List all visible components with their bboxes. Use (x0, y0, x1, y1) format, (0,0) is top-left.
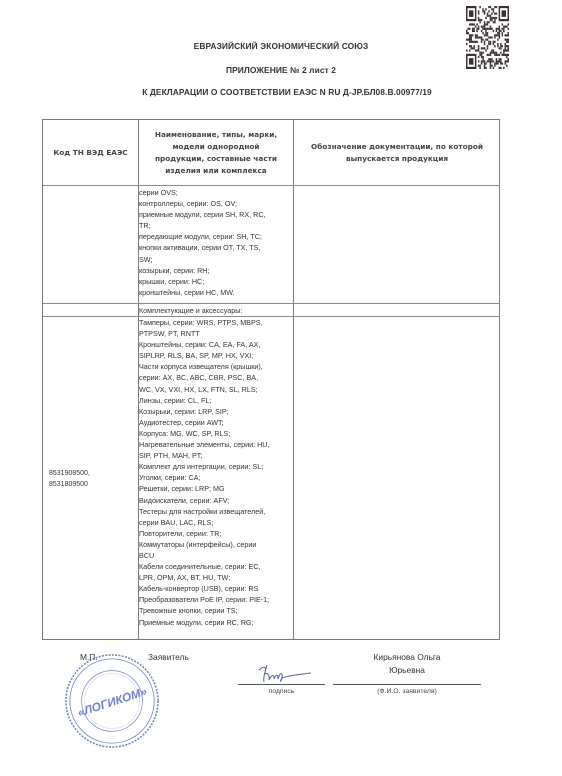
column-header-code: Код ТН ВЭД ЕАЭС (43, 120, 138, 186)
product-line: Линзы, серии: CL, FL; (139, 395, 291, 406)
applicant-name: Кирьянова Ольга Юрьевна (333, 651, 481, 677)
product-line: Комплектующие и аксессуары: (139, 305, 291, 316)
name-caption: (Ф.И.О. заявителя) (333, 688, 481, 695)
product-line: Корпуса: MG, WC, SP, RLS; (139, 428, 291, 439)
product-line: кронштейны, серии HC, MW. (139, 287, 291, 298)
product-line: Козырьки, серии: LRP, SIP; (139, 406, 291, 417)
column-header-text: выпускается продукция (311, 153, 483, 165)
product-cell-main: серии OVS;контроллеры, серии: OS, OV;при… (139, 187, 291, 298)
applicant-label: Заявитель (148, 652, 189, 662)
product-line: Аудиотестер, серии AWT; (139, 417, 291, 428)
product-line: Тревожные кнопки, серии TS; (139, 605, 291, 616)
signature-caption: подпись (238, 688, 325, 695)
product-line: Решетки, серии: LRP; MG (139, 483, 291, 494)
products-table: Код ТН ВЭД ЕАЭС Наименование, типы, марк… (42, 119, 500, 640)
signature-line (238, 684, 325, 685)
product-line: SIP, PTH, MAH, PT; (139, 450, 291, 461)
product-line: крышки, серии: HC; (139, 276, 291, 287)
name-line (333, 684, 481, 685)
product-line: Тамперы, серии: WRS, PTPS, MBPS, (139, 317, 291, 328)
column-header-text: Код ТН ВЭД ЕАЭС (53, 147, 127, 159)
product-line: Уголки, серии: CA; (139, 472, 291, 483)
declaration-title: К ДЕКЛАРАЦИИ О СООТВЕТСТВИИ ЕАЭС N RU Д-… (6, 87, 562, 97)
product-line: BCU (139, 550, 291, 561)
product-line: Повторители, серии: TR; (139, 528, 291, 539)
column-header-text: Наименование, типы, марки, (155, 129, 277, 141)
column-header-text: Обозначение документации, по которой (311, 141, 483, 153)
product-line: Тестеры для настройки извещателей, (139, 506, 291, 517)
product-line: LPR, OPM, AX, BT, HU, TW; (139, 572, 291, 583)
product-line: Комплект для интергации, серии: SL; (139, 461, 291, 472)
product-line: контроллеры, серии: OS, OV; (139, 198, 291, 209)
column-header-text: изделия или комплекса (155, 165, 277, 177)
product-line: Приемные модули, серии RC, RG; (139, 617, 291, 628)
column-divider (293, 120, 294, 639)
seal-label: М.П. (80, 652, 98, 662)
product-line: PTPSW, PT, RNTT (139, 328, 291, 339)
product-line: кнопки активации, серии OT, TX, TS, (139, 242, 291, 253)
product-line: серии OVS; (139, 187, 291, 198)
product-line: Коммутаторы (интерфейсы), серии (139, 539, 291, 550)
column-header-text: продукции, составные части (155, 153, 277, 165)
applicant-name-line1: Кирьянова Ольга (333, 651, 481, 664)
product-line: Нагревательные элементы, серии: HU, (139, 439, 291, 450)
product-line: Преобразователи PoE IP, серии: PIE-1; (139, 594, 291, 605)
product-line: Части корпуса извещателя (крышки), (139, 361, 291, 372)
qr-code-icon (466, 6, 509, 69)
product-line: приемные модули, серии SH, RX, RC, (139, 209, 291, 220)
handwritten-signature-icon (255, 662, 315, 686)
company-seal-icon: «ЛОГИКОМ» (63, 652, 161, 750)
product-line: SIPLRP, RLS, BA, SP, MP, HX, VXI; (139, 350, 291, 361)
product-line: Видоискатели, серии: AFV; (139, 495, 291, 506)
product-line: Кабели соединительные, серии: EC, (139, 561, 291, 572)
column-header-name: Наименование, типы, марки,модели однород… (139, 120, 293, 186)
tn-ved-code: 8531908500, (49, 468, 90, 479)
product-line: SW; (139, 254, 291, 265)
tn-ved-code: 8531809500 (49, 479, 90, 490)
product-line: передающие модули, серии: SH, TC; (139, 231, 291, 242)
accessories-cell: Тамперы, серии: WRS, PTPS, MBPS,PTPSW, P… (139, 317, 291, 628)
column-header-text: модели однородной (155, 141, 277, 153)
accessories-heading-cell: Комплектующие и аксессуары: (139, 305, 291, 316)
product-line: серии BAU, LAC, RLS; (139, 517, 291, 528)
row-divider (43, 303, 499, 304)
product-line: TR; (139, 220, 291, 231)
column-header-documentation: Обозначение документации, по которойвыпу… (294, 120, 500, 186)
product-line: WC, VX, VXI, HX, LX, FTN, SL, RLS; (139, 384, 291, 395)
product-line: серии: AX, BC, ABC, CBR, PSC, BA, (139, 372, 291, 383)
product-line: козырьки, серии: RH; (139, 265, 291, 276)
tn-ved-code-cell: 8531908500,8531809500 (49, 468, 90, 490)
product-line: Кронштейны, серии: CA, EA, FA, AX, (139, 339, 291, 350)
applicant-name-line2: Юрьевна (333, 664, 481, 677)
svg-text:«ЛОГИКОМ»: «ЛОГИКОМ» (76, 685, 149, 720)
product-line: Кабель-конвертор (USB), серии: RS (139, 583, 291, 594)
